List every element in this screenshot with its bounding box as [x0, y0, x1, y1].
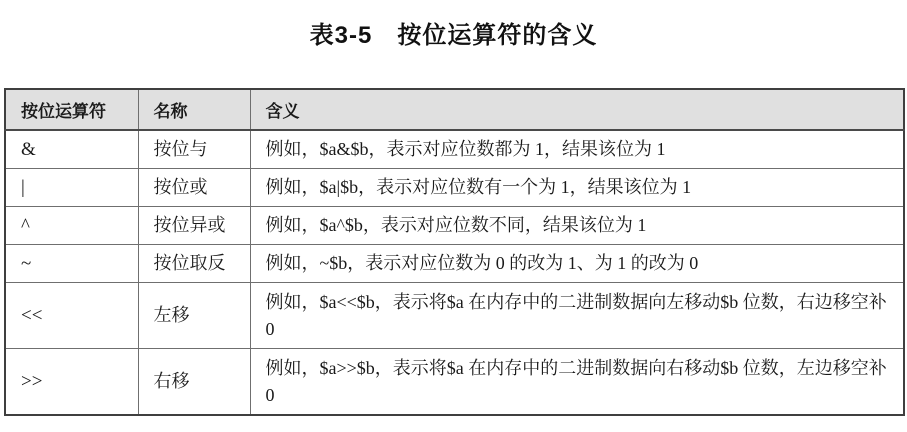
cell-operator: ~ [5, 245, 138, 283]
cell-meaning: 例如，~$b，表示对应位数为 0 的改为 1、为 1 的改为 0 [250, 245, 904, 283]
cell-name: 按位与 [138, 130, 250, 169]
cell-operator: << [5, 283, 138, 349]
header-meaning: 含义 [250, 89, 904, 130]
cell-operator: ^ [5, 207, 138, 245]
cell-meaning: 例如，$a&$b，表示对应位数都为 1，结果该位为 1 [250, 130, 904, 169]
cell-name: 右移 [138, 349, 250, 416]
table-row: ~ 按位取反 例如，~$b，表示对应位数为 0 的改为 1、为 1 的改为 0 [5, 245, 904, 283]
cell-operator: >> [5, 349, 138, 416]
table-row: >> 右移 例如，$a>>$b，表示将$a 在内存中的二进制数据向右移动$b 位… [5, 349, 904, 416]
cell-name: 按位异或 [138, 207, 250, 245]
cell-meaning: 例如，$a>>$b，表示将$a 在内存中的二进制数据向右移动$b 位数，左边移空… [250, 349, 904, 416]
cell-meaning: 例如，$a<<$b，表示将$a 在内存中的二进制数据向左移动$b 位数，右边移空… [250, 283, 904, 349]
table-caption: 表3-5 按位运算符的含义 [0, 15, 907, 50]
cell-meaning: 例如，$a|$b，表示对应位数有一个为 1，结果该位为 1 [250, 169, 904, 207]
header-operator: 按位运算符 [5, 89, 138, 130]
cell-name: 按位或 [138, 169, 250, 207]
cell-operator: | [5, 169, 138, 207]
cell-meaning: 例如，$a^$b，表示对应位数不同，结果该位为 1 [250, 207, 904, 245]
header-name: 名称 [138, 89, 250, 130]
bitwise-operators-table: 按位运算符 名称 含义 & 按位与 例如，$a&$b，表示对应位数都为 1，结果… [4, 88, 905, 416]
table-row: ^ 按位异或 例如，$a^$b，表示对应位数不同，结果该位为 1 [5, 207, 904, 245]
table-header-row: 按位运算符 名称 含义 [5, 89, 904, 130]
cell-name: 按位取反 [138, 245, 250, 283]
table-row: & 按位与 例如，$a&$b，表示对应位数都为 1，结果该位为 1 [5, 130, 904, 169]
page: { "title": "表3-5 按位运算符的含义", "table": { "… [0, 0, 907, 432]
cell-name: 左移 [138, 283, 250, 349]
cell-operator: & [5, 130, 138, 169]
table-row: | 按位或 例如，$a|$b，表示对应位数有一个为 1，结果该位为 1 [5, 169, 904, 207]
table-row: << 左移 例如，$a<<$b，表示将$a 在内存中的二进制数据向左移动$b 位… [5, 283, 904, 349]
